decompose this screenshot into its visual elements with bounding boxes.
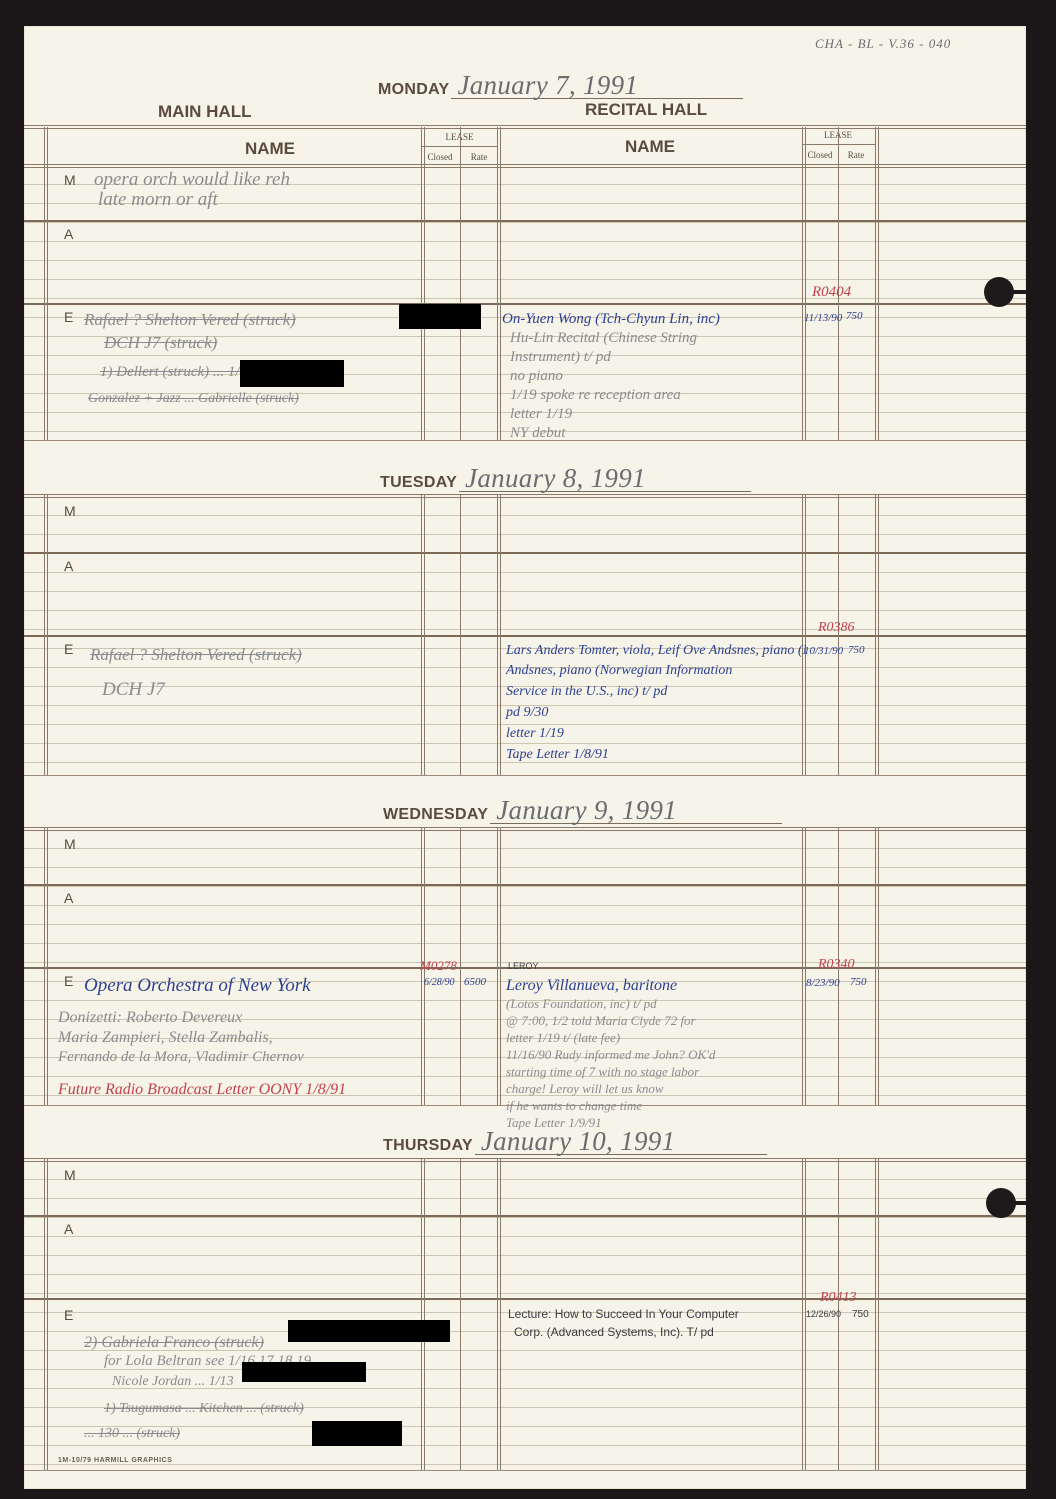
note-line: @ 7:00, 1/2 told Maria Clyde 72 for [506,1014,696,1027]
note-line: Tape Letter 1/9/91 [506,1116,602,1129]
day-header-wednesday: WEDNESDAY January 9, 1991 [383,797,782,824]
redaction [312,1421,402,1446]
note-line: starting time of 7 with no stage labor [506,1065,699,1078]
wednesday-main-rate: 6500 [464,977,486,988]
column-divider [802,127,806,440]
note-line: 1/19 spoke re reception area [510,388,681,403]
column-divider [875,1159,879,1470]
wednesday-main-e-name: Opera Orchestra of New York [84,976,311,995]
weekday-label: MONDAY [378,81,449,99]
thursday-recital-reference: R0413 [820,1291,857,1305]
column-divider [44,127,48,440]
redaction [399,304,481,329]
section-bottom-rule [24,775,1026,776]
note-line: Hu-Lin Recital (Chinese String [510,331,697,346]
recital-closed-header: Closed [802,150,838,160]
slot-a-label: A [64,890,73,906]
note-line: letter 1/19 t/ (late fee) [506,1031,620,1044]
monday-recital-reference: R0404 [812,285,851,300]
day-header-tuesday: TUESDAY January 8, 1991 [380,465,751,492]
thursday-recital-closed: 12/26/90 [806,1310,841,1319]
main-hall-title: MAIN HALL [158,102,251,122]
column-divider [875,495,879,775]
monday-main-e-line-4: Gonzalez + Jazz ... Gabrielle (struck) [88,392,299,406]
slot-a-label: A [64,1221,73,1237]
column-divider [421,495,425,775]
binder-hole-tab [1010,1201,1028,1205]
tuesday-recital-e-name: Lars Anders Tomter, viola, Leif Ove Ands… [506,644,806,658]
binder-hole-tab [1008,290,1028,294]
tuesday-main-e-line-2: DCH J7 [102,680,165,699]
slot-a-label: A [64,558,73,574]
main-closed-header: Closed [421,152,459,162]
wednesday-recital-closed: 8/23/90 [806,978,840,989]
column-divider [497,495,501,775]
day-header-thursday: THURSDAY January 10, 1991 [383,1128,767,1155]
recital-name-header: NAME [500,137,800,157]
column-divider [802,828,806,1105]
thursday-recital-e-name: Lecture: How to Succeed In Your Computer [508,1308,739,1320]
column-divider [460,1159,461,1470]
date-value: January 10, 1991 [475,1128,767,1155]
wednesday-recital-reference: R0340 [818,958,855,972]
note-line: pd 9/30 [506,706,548,720]
monday-recital-closed: 11/13/90 [804,313,842,324]
note-line: letter 1/19 [506,727,564,741]
column-divider [875,828,879,1105]
thursday-main-e-line-1: 2) Gabriela Franco (struck) [84,1335,264,1351]
column-divider [460,495,461,775]
tuesday-main-e-line-1: Rafael ? Shelton Vered (struck) [90,646,302,663]
tuesday-recital-reference: R0386 [818,621,855,635]
wednesday-main-e-note-2: Maria Zampieri, Stella Zambalis, [58,1030,273,1046]
thursday-main-e-line-5: ... 130 ... (struck) [84,1427,180,1441]
weekday-label: WEDNESDAY [383,806,488,824]
monday-main-e-line-1: Rafael ? Shelton Vered (struck) [84,311,296,328]
column-divider [44,828,48,1105]
slot-e-label: E [64,973,73,989]
redaction [288,1320,450,1342]
column-divider [44,1159,48,1470]
weekday-label: TUESDAY [380,474,457,492]
monday-recital-rate: 750 [846,311,863,322]
wednesday-main-e-note-1: Donizetti: Roberto Devereux [58,1010,242,1026]
main-name-header: NAME [120,139,420,159]
day-header-monday: MONDAY January 7, 1991 [378,72,743,99]
redaction [242,1362,366,1382]
slot-e-label: E [64,309,73,325]
redaction [240,360,344,387]
date-value: January 9, 1991 [490,797,782,824]
archive-id: CHA - BL - V.36 - 040 [815,36,951,52]
column-divider [497,1159,501,1470]
wednesday-recital-e-name: Leroy Villanueva, baritone [506,978,677,994]
column-divider [460,127,461,440]
column-divider [460,828,461,1105]
note-line: charge! Leroy will let us know [506,1082,664,1095]
printer-credit: 1M-10/79 HARMILL GRAPHICS [58,1457,172,1464]
wednesday-main-red-note: Future Radio Broadcast Letter OONY 1/8/9… [58,1082,346,1098]
recital-hall-title: RECITAL HALL [585,100,707,120]
wednesday-main-closed: 6/28/90 [424,978,455,988]
note-line: if he wants to change time [506,1099,642,1112]
wednesday-main-e-note-3: Fernando de la Mora, Vladimir Chernov [58,1050,304,1065]
lease-divider [802,144,876,145]
slot-m-label: M [64,836,76,852]
tuesday-recital-rate: 750 [848,645,865,656]
column-divider [838,495,839,775]
thursday-recital-note: Corp. (Advanced Systems, Inc). T/ pd [514,1326,714,1338]
date-value: January 8, 1991 [459,465,751,492]
column-divider [421,1159,425,1470]
thursday-recital-rate: 750 [852,1310,869,1320]
slot-m-label: M [64,1167,76,1183]
monday-recital-e-name: On-Yuen Wong (Tch-Chyun Lin, inc) [502,312,720,327]
note-line: no piano [510,369,563,384]
recital-rate-header: Rate [838,150,874,160]
column-divider [497,127,501,440]
slot-e-label: E [64,1307,73,1323]
tuesday-recital-closed: 10/31/90 [804,646,843,657]
note-line: 11/16/90 Rudy informed me John? OK'd [506,1048,715,1061]
thursday-main-e-line-4: 1) Tsugumasa ... Kitchen ... (struck) [104,1402,304,1416]
slot-e-label: E [64,641,73,657]
main-rate-header: Rate [460,152,498,162]
column-divider [44,495,48,775]
monday-main-e-line-3: 1) Dellert (struck) ... 1/13 [100,365,255,380]
note-line: Tape Letter 1/8/91 [506,748,609,762]
weekday-label: THURSDAY [383,1137,473,1155]
section-bottom-rule [24,1470,1026,1471]
note-line: letter 1/19 [510,407,572,422]
note-line: Instrument) t/ pd [510,350,611,365]
column-divider [421,127,425,440]
monday-main-m-line-1: opera orch would like reh [94,170,290,189]
column-divider [802,495,806,775]
wednesday-recital-annotation: LEROY [508,962,539,971]
slot-m-label: M [64,172,76,188]
note-line: Andsnes, piano (Norwegian Information [506,664,732,678]
note-line: (Lotos Foundation, inc) t/ pd [506,997,657,1010]
slot-m-label: M [64,503,76,519]
slot-a-label: A [64,226,73,242]
thursday-main-e-line-3: Nicole Jordan ... 1/13 [112,1375,234,1389]
note-line: NY debut [510,426,565,441]
wednesday-recital-rate: 750 [850,977,867,988]
note-line: Service in the U.S., inc) t/ pd [506,685,667,699]
date-value: January 7, 1991 [451,72,743,99]
wednesday-main-reference: M0278 [420,959,457,972]
column-divider [497,828,501,1105]
monday-main-m-line-2: late morn or aft [98,190,218,209]
monday-main-e-line-2: DCH J7 (struck) [104,334,217,351]
column-divider [875,127,879,440]
